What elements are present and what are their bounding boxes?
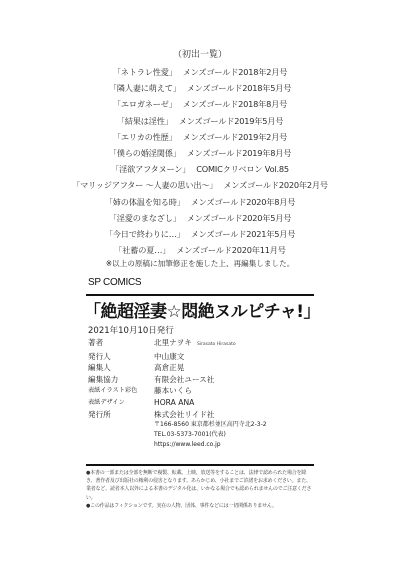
- first-appearance-item: 「隣人妻に萌えて」メンズゴールド2018年5月号: [0, 80, 400, 96]
- colophon-page: （初出一覧） 「ネトラレ性愛」メンズゴールド2018年2月号 「隣人妻に萌えて」…: [0, 0, 400, 568]
- first-appearance-item: 「ネトラレ性愛」メンズゴールド2018年2月号: [0, 64, 400, 80]
- publisher-address: 〒166-8560 東京都杉並区高円寺北2-3-2: [88, 420, 267, 430]
- credit-row-editorial-cooperation: 編集協力 有限会社ユース社: [88, 374, 267, 386]
- first-appearance-item: 「エリカの性歴」メンズゴールド2019年2月号: [0, 129, 400, 145]
- first-appearance-item: 「淫欲アフタヌーン」COMICクリベロン Vol.85: [0, 161, 400, 177]
- divider-bottom: [86, 464, 314, 466]
- first-appearances-list: （初出一覧） 「ネトラレ性愛」メンズゴールド2018年2月号 「隣人妻に萌えて」…: [0, 49, 400, 270]
- first-appearance-item: 「結果は淫性」メンズゴールド2019年5月号: [0, 113, 400, 129]
- credit-row-publisher-person: 発行人 中山康文: [88, 351, 267, 363]
- credit-key: 著者: [88, 337, 154, 351]
- credit-value: 北里ナヲキSirasato Hirasato: [154, 337, 236, 351]
- credit-row-publisher: 発行所 株式会社リイド社: [88, 409, 267, 421]
- credit-key: 表紙デザイン: [88, 397, 154, 409]
- first-appearances-title: （初出一覧）: [0, 49, 400, 61]
- first-appearance-item: 「姉の体温を知る時」メンズゴールド2020年8月号: [0, 194, 400, 210]
- credit-key: 編集人: [88, 362, 154, 374]
- imprint-label: SP COMICS: [88, 277, 141, 288]
- credit-value: 藤本いくら: [154, 385, 192, 397]
- credit-value: HORA ANA: [154, 397, 194, 409]
- credit-row-editor: 編集人 高倉正晃: [88, 362, 267, 374]
- copyright-notice: ●本書の一部または全部を無断で複製、転載、上映、放送等をすることは、法律で認めら…: [86, 469, 314, 510]
- credits-table: 著者 北里ナヲキSirasato Hirasato 発行人 中山康文 編集人 高…: [88, 337, 267, 450]
- credit-value: 中山康文: [154, 351, 184, 363]
- publication-date: 2021年10月10日発行: [88, 324, 174, 336]
- revision-note: ※以上の原稿に加筆修正を施した上、再編集しました。: [0, 258, 400, 270]
- notice-copyright: ●本書の一部または全部を無断で複製、転載、上映、放送等をすることは、法律で認めら…: [86, 469, 314, 502]
- credit-key: 発行所: [88, 409, 154, 421]
- credit-key: 編集協力: [88, 374, 154, 386]
- credit-value: 有限会社ユース社: [154, 374, 214, 386]
- credit-value: 株式会社リイド社: [154, 409, 215, 421]
- author-romanized: Sirasato Hirasato: [197, 342, 236, 347]
- divider-top: [86, 294, 314, 296]
- first-appearance-item: 「淫愛のまなざし」メンズゴールド2020年5月号: [0, 210, 400, 226]
- publisher-url: https://www.leed.co.jp: [88, 440, 267, 450]
- credit-row-cover-design: 表紙デザイン HORA ANA: [88, 397, 267, 409]
- publisher-tel: TEL.03-5373-7001(代表): [88, 430, 267, 440]
- first-appearance-item: 「マリッジアフター ～人妻の思い出～」メンズゴールド2020年2月号: [0, 177, 400, 193]
- credit-row-author: 著者 北里ナヲキSirasato Hirasato: [88, 337, 267, 351]
- credit-row-cover-coloring: 表紙イラスト彩色 藤本いくら: [88, 385, 267, 397]
- first-appearance-item: 「僕らの婚淫関係」メンズゴールド2019年8月号: [0, 145, 400, 161]
- first-appearance-item: 「今日で終わりに…」メンズゴールド2021年5月号: [0, 226, 400, 242]
- notice-fiction: ●この作品はフィクションです。実在の人物、団体、事件などには一切関係ありません。: [86, 502, 314, 510]
- first-appearance-item: 「エロガネーゼ」メンズゴールド2018年8月号: [0, 96, 400, 112]
- credit-value: 高倉正晃: [154, 362, 184, 374]
- first-appearance-item: 「社蓄の夏…」メンズゴールド2020年11月号: [0, 242, 400, 258]
- book-title: 「絶超淫妻☆悶絶ヌルピチャ!」: [84, 297, 320, 322]
- credit-key: 発行人: [88, 351, 154, 363]
- credit-key: 表紙イラスト彩色: [88, 385, 154, 397]
